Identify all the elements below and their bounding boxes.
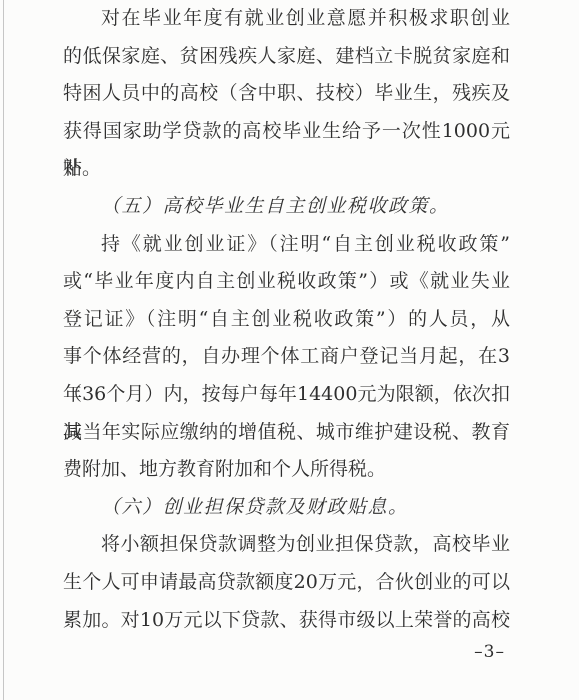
- document-page: 对在毕业年度有就业创业意愿并积极求职创业的低保家庭、贫困残疾人家庭、建档立卡脱贫…: [0, 0, 579, 700]
- page-number: –3–: [474, 641, 505, 663]
- text-line: 持《就业创业证》（注明“自主创业税收政策”: [63, 226, 510, 264]
- text-line: 对在毕业年度有就业创业意愿并积极求职创业: [63, 0, 510, 38]
- section-heading: （六）创业担保贷款及财政贴息。: [63, 489, 510, 527]
- section-heading: （五）高校毕业生自主创业税收政策。: [63, 188, 510, 226]
- text-line: 登记证》（注明“自主创业税收政策”）的人员，从: [63, 301, 510, 339]
- text-line: 获得国家助学贷款的高校毕业生给予一次性1000元补: [63, 113, 510, 151]
- document-body: 对在毕业年度有就业创业意愿并积极求职创业的低保家庭、贫困残疾人家庭、建档立卡脱贫…: [63, 0, 510, 639]
- scan-edge-line: [3, 0, 4, 700]
- text-line: 生个人可申请最高贷款额度20万元，合伙创业的可以: [63, 564, 510, 602]
- text-line: 特困人员中的高校（含中职、技校）毕业生，残疾及: [63, 75, 510, 113]
- text-line: 的低保家庭、贫困残疾人家庭、建档立卡脱贫家庭和: [63, 38, 510, 76]
- text-line: 贴。: [63, 150, 510, 188]
- text-line: （36个月）内，按每户每年14400元为限额，依次扣减: [63, 376, 510, 414]
- text-line: 其当年实际应缴纳的增值税、城市维护建设税、教育: [63, 414, 510, 452]
- text-line: 或“毕业年度内自主创业税收政策”）或《就业失业: [63, 263, 510, 301]
- text-line: 累加。对10万元以下贷款、获得市级以上荣誉的高校: [63, 602, 510, 640]
- text-line: 费附加、地方教育附加和个人所得税。: [63, 451, 510, 489]
- text-line: 事个体经营的，自办理个体工商户登记当月起，在3年: [63, 338, 510, 376]
- text-line: 将小额担保贷款调整为创业担保贷款，高校毕业: [63, 526, 510, 564]
